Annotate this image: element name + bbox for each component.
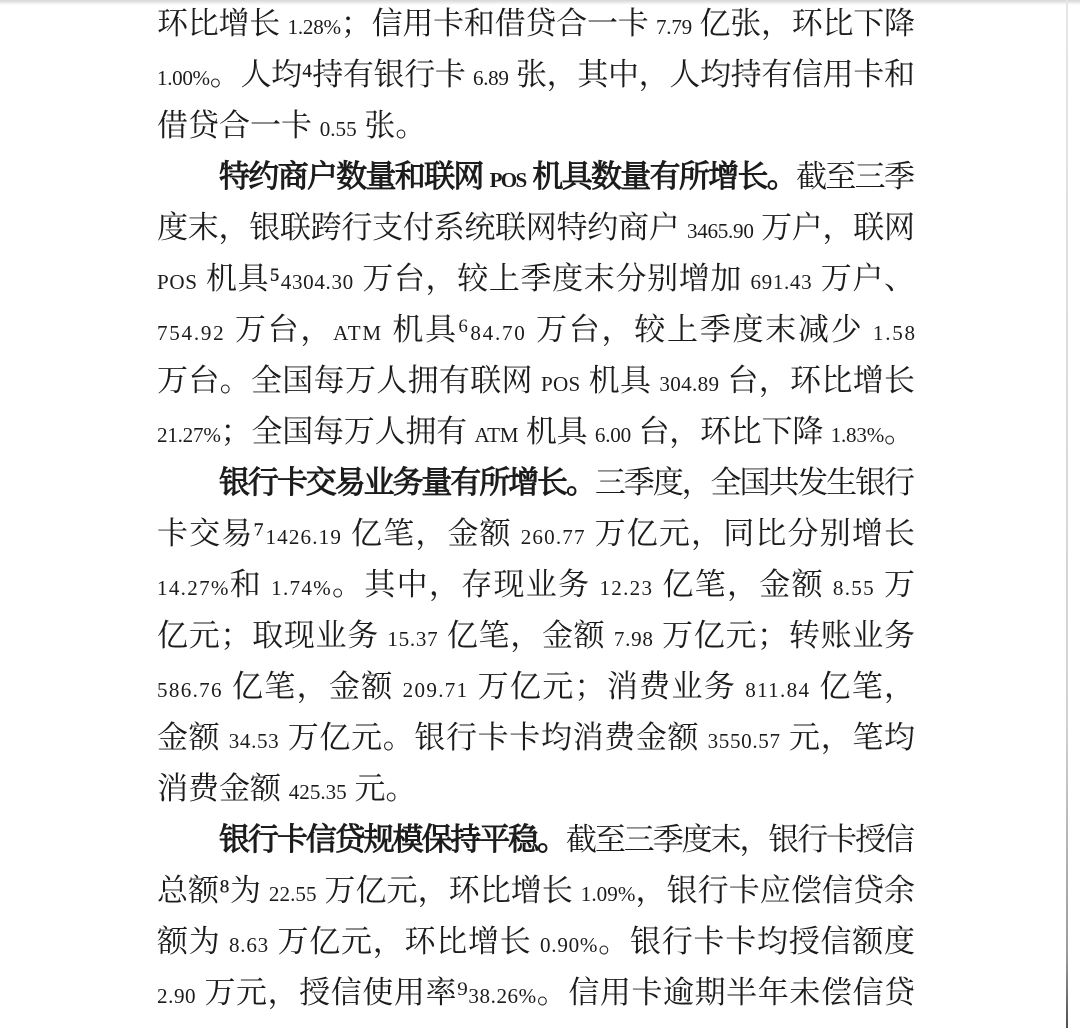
text-line: 21.27%；全国每万人拥有 ATM 机具 6.00 台，环比下降 1.83%。 [157, 406, 915, 457]
body-text-run: 总额⁸为 22.55 万亿元，环比增长 1.09%，银行卡应偿信贷余 [157, 873, 915, 908]
text-line: 2.90 万元，授信使用率⁹38.26%。信用卡逾期半年未偿信贷 [157, 967, 915, 1018]
body-text-run: 14.27%和 1.74%。其中，存现业务 12.23 亿笔，金额 8.55 万 [157, 567, 916, 602]
body-text-run: 21.27%；全国每万人拥有 ATM 机具 6.00 台，环比下降 1.83%。 [157, 414, 915, 449]
text-line: 万台。全国每万人拥有联网 POS 机具 304.89 台，环比增长 [157, 355, 915, 406]
body-text-run: 截至三季度末，银行卡授信 [566, 822, 913, 857]
document-page: 环比增长 1.28%；信用卡和借贷合一卡 7.79 亿张，环比下降 1.00%。… [0, 0, 1080, 1028]
text-line: 总额⁸为 22.55 万亿元，环比增长 1.09%，银行卡应偿信贷余 [157, 865, 915, 916]
body-text-run: 三季度，全国共发生银行 [595, 465, 913, 500]
section-heading-run: 银行卡信贷规模保持平稳。 [219, 822, 566, 857]
body-text-run: 借贷合一卡 0.55 张。 [157, 108, 426, 143]
text-line: 特约商户数量和联网 POS 机具数量有所增长。截至三季 [157, 151, 915, 202]
text-line: 额为 8.63 万亿元，环比增长 0.90%。银行卡卡均授信额度 [157, 916, 915, 967]
text-line: 消费金额 425.35 元。 [157, 763, 915, 814]
body-text-run: POS 机具⁵4304.30 万台，较上季度末分别增加 691.43 万户、 [157, 261, 916, 296]
body-text-run: 消费金额 425.35 元。 [157, 771, 416, 806]
body-text-run: 1.00%。人均⁴持有银行卡 6.89 张，其中，人均持有信用卡和 [157, 57, 915, 92]
report-text-block: 环比增长 1.28%；信用卡和借贷合一卡 7.79 亿张，环比下降 1.00%。… [157, 0, 915, 1018]
text-line: 金额 34.53 万亿元。银行卡卡均消费金额 3550.57 元，笔均 [157, 712, 915, 763]
text-line: 环比增长 1.28%；信用卡和借贷合一卡 7.79 亿张，环比下降 [157, 0, 915, 49]
text-line: 银行卡信贷规模保持平稳。截至三季度末，银行卡授信 [157, 814, 915, 865]
body-text-run: 额为 8.63 万亿元，环比增长 0.90%。银行卡卡均授信额度 [157, 924, 916, 959]
text-line: POS 机具⁵4304.30 万台，较上季度末分别增加 691.43 万户、 [157, 253, 915, 304]
section-heading-run: 特约商户数量和联网 POS 机具数量有所增长。 [219, 159, 796, 194]
text-line: 借贷合一卡 0.55 张。 [157, 100, 915, 151]
text-line: 586.76 亿笔，金额 209.71 万亿元；消费业务 811.84 亿笔， [157, 661, 915, 712]
section-heading-run: 银行卡交易业务量有所增长。 [219, 465, 595, 500]
text-line: 亿元；取现业务 15.37 亿笔，金额 7.98 万亿元；转账业务 [157, 610, 915, 661]
text-line: 1.00%。人均⁴持有银行卡 6.89 张，其中，人均持有信用卡和 [157, 49, 915, 100]
body-text-run: 截至三季 [796, 159, 913, 194]
body-text-run: 万台。全国每万人拥有联网 POS 机具 304.89 台，环比增长 [157, 363, 915, 398]
body-text-run: 586.76 亿笔，金额 209.71 万亿元；消费业务 811.84 亿笔， [157, 669, 916, 704]
body-text-run: 度末，银联跨行支付系统联网特约商户 3465.90 万户，联网 [157, 210, 915, 245]
body-text-run: 2.90 万元，授信使用率⁹38.26%。信用卡逾期半年未偿信贷 [157, 975, 916, 1010]
body-text-run: 754.92 万台，ATM 机具⁶84.70 万台，较上季度末减少 1.58 [157, 312, 917, 347]
text-line: 银行卡交易业务量有所增长。三季度，全国共发生银行 [157, 457, 915, 508]
text-line: 754.92 万台，ATM 机具⁶84.70 万台，较上季度末减少 1.58 [157, 304, 915, 355]
body-text-run: 金额 34.53 万亿元。银行卡卡均消费金额 3550.57 元，笔均 [157, 720, 916, 755]
page-right-border [1066, 0, 1068, 1028]
body-text-run: 亿元；取现业务 15.37 亿笔，金额 7.98 万亿元；转账业务 [157, 618, 916, 653]
text-line: 度末，银联跨行支付系统联网特约商户 3465.90 万户，联网 [157, 202, 915, 253]
text-line: 14.27%和 1.74%。其中，存现业务 12.23 亿笔，金额 8.55 万 [157, 559, 915, 610]
body-text-run: 卡交易⁷1426.19 亿笔，金额 260.77 万亿元，同比分别增长 [157, 516, 916, 551]
body-text-run: 环比增长 1.28%；信用卡和借贷合一卡 7.79 亿张，环比下降 [157, 6, 915, 41]
text-line: 卡交易⁷1426.19 亿笔，金额 260.77 万亿元，同比分别增长 [157, 508, 915, 559]
